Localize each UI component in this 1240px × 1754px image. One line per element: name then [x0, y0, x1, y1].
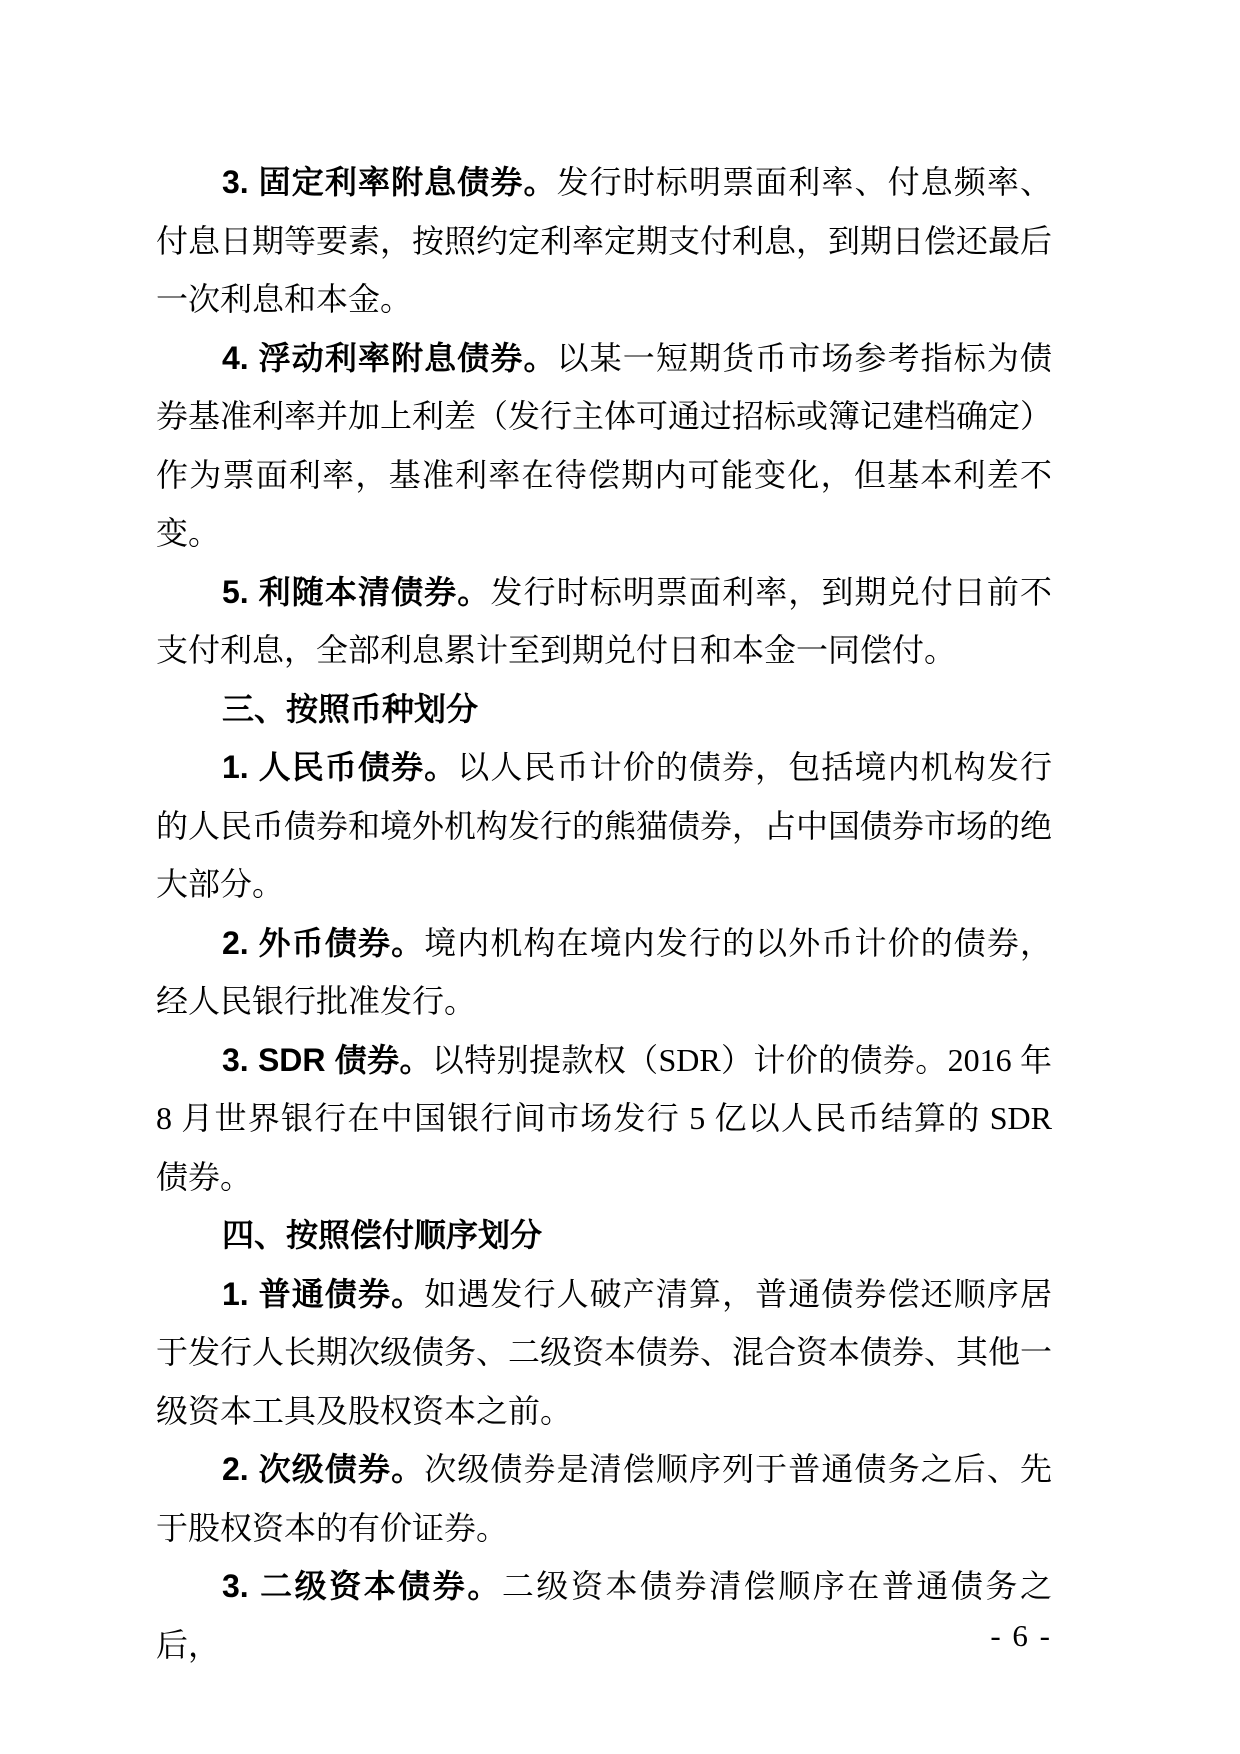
- para-ordinary-bond: 1. 普通债券。如遇发行人破产清算，普通债券偿还顺序居于发行人长期次级债务、二级…: [156, 1265, 1052, 1441]
- para-fixed-rate-coupon-bond: 3. 固定利率附息债券。发行时标明票面利率、付息频率、付息日期等要素，按照约定利…: [156, 153, 1052, 329]
- document-body: 3. 固定利率附息债券。发行时标明票面利率、付息频率、付息日期等要素，按照约定利…: [156, 153, 1052, 1674]
- paragraph-lead: 3. 二级资本债券。: [222, 1568, 502, 1604]
- paragraph-lead: 5. 利随本清债券。: [222, 574, 490, 610]
- section-heading-label: 三、按照币种划分: [222, 691, 478, 727]
- paragraph-lead: 2. 外币债券。: [222, 925, 424, 961]
- section-heading-label: 四、按照偿付顺序划分: [222, 1217, 542, 1253]
- paragraph-lead: 2. 次级债券。: [222, 1451, 424, 1487]
- para-foreign-currency-bond: 2. 外币债券。境内机构在境内发行的以外币计价的债券，经人民银行批准发行。: [156, 914, 1052, 1031]
- paragraph-lead: 1. 普通债券。: [222, 1276, 424, 1312]
- document-page: 3. 固定利率附息债券。发行时标明票面利率、付息频率、付息日期等要素，按照约定利…: [0, 0, 1240, 1754]
- paragraph-lead: 3. 固定利率附息债券。: [222, 164, 557, 200]
- para-floating-rate-coupon-bond: 4. 浮动利率附息债券。以某一短期货币市场参考指标为债券基准利率并加上利差（发行…: [156, 329, 1052, 563]
- paragraph-lead: 1. 人民币债券。: [222, 749, 457, 785]
- para-rmb-bond: 1. 人民币债券。以人民币计价的债券，包括境内机构发行的人民币债券和境外机构发行…: [156, 738, 1052, 914]
- paragraph-lead: 3. SDR 债券。: [222, 1042, 432, 1078]
- heading-currency-classification: 三、按照币种划分: [156, 680, 1052, 739]
- page-number: - 6 -: [990, 1616, 1052, 1656]
- paragraph-lead: 4. 浮动利率附息债券。: [222, 340, 557, 376]
- para-interest-with-principal-bond: 5. 利随本清债券。发行时标明票面利率，到期兑付日前不支付利息，全部利息累计至到…: [156, 563, 1052, 680]
- para-subordinated-bond: 2. 次级债券。次级债券是清偿顺序列于普通债务之后、先于股权资本的有价证券。: [156, 1440, 1052, 1557]
- para-sdr-bond: 3. SDR 债券。以特别提款权（SDR）计价的债券。2016 年 8 月世界银…: [156, 1031, 1052, 1207]
- para-tier2-capital-bond: 3. 二级资本债券。二级资本债券清偿顺序在普通债务之后，: [156, 1557, 1052, 1674]
- heading-repayment-order-classification: 四、按照偿付顺序划分: [156, 1206, 1052, 1265]
